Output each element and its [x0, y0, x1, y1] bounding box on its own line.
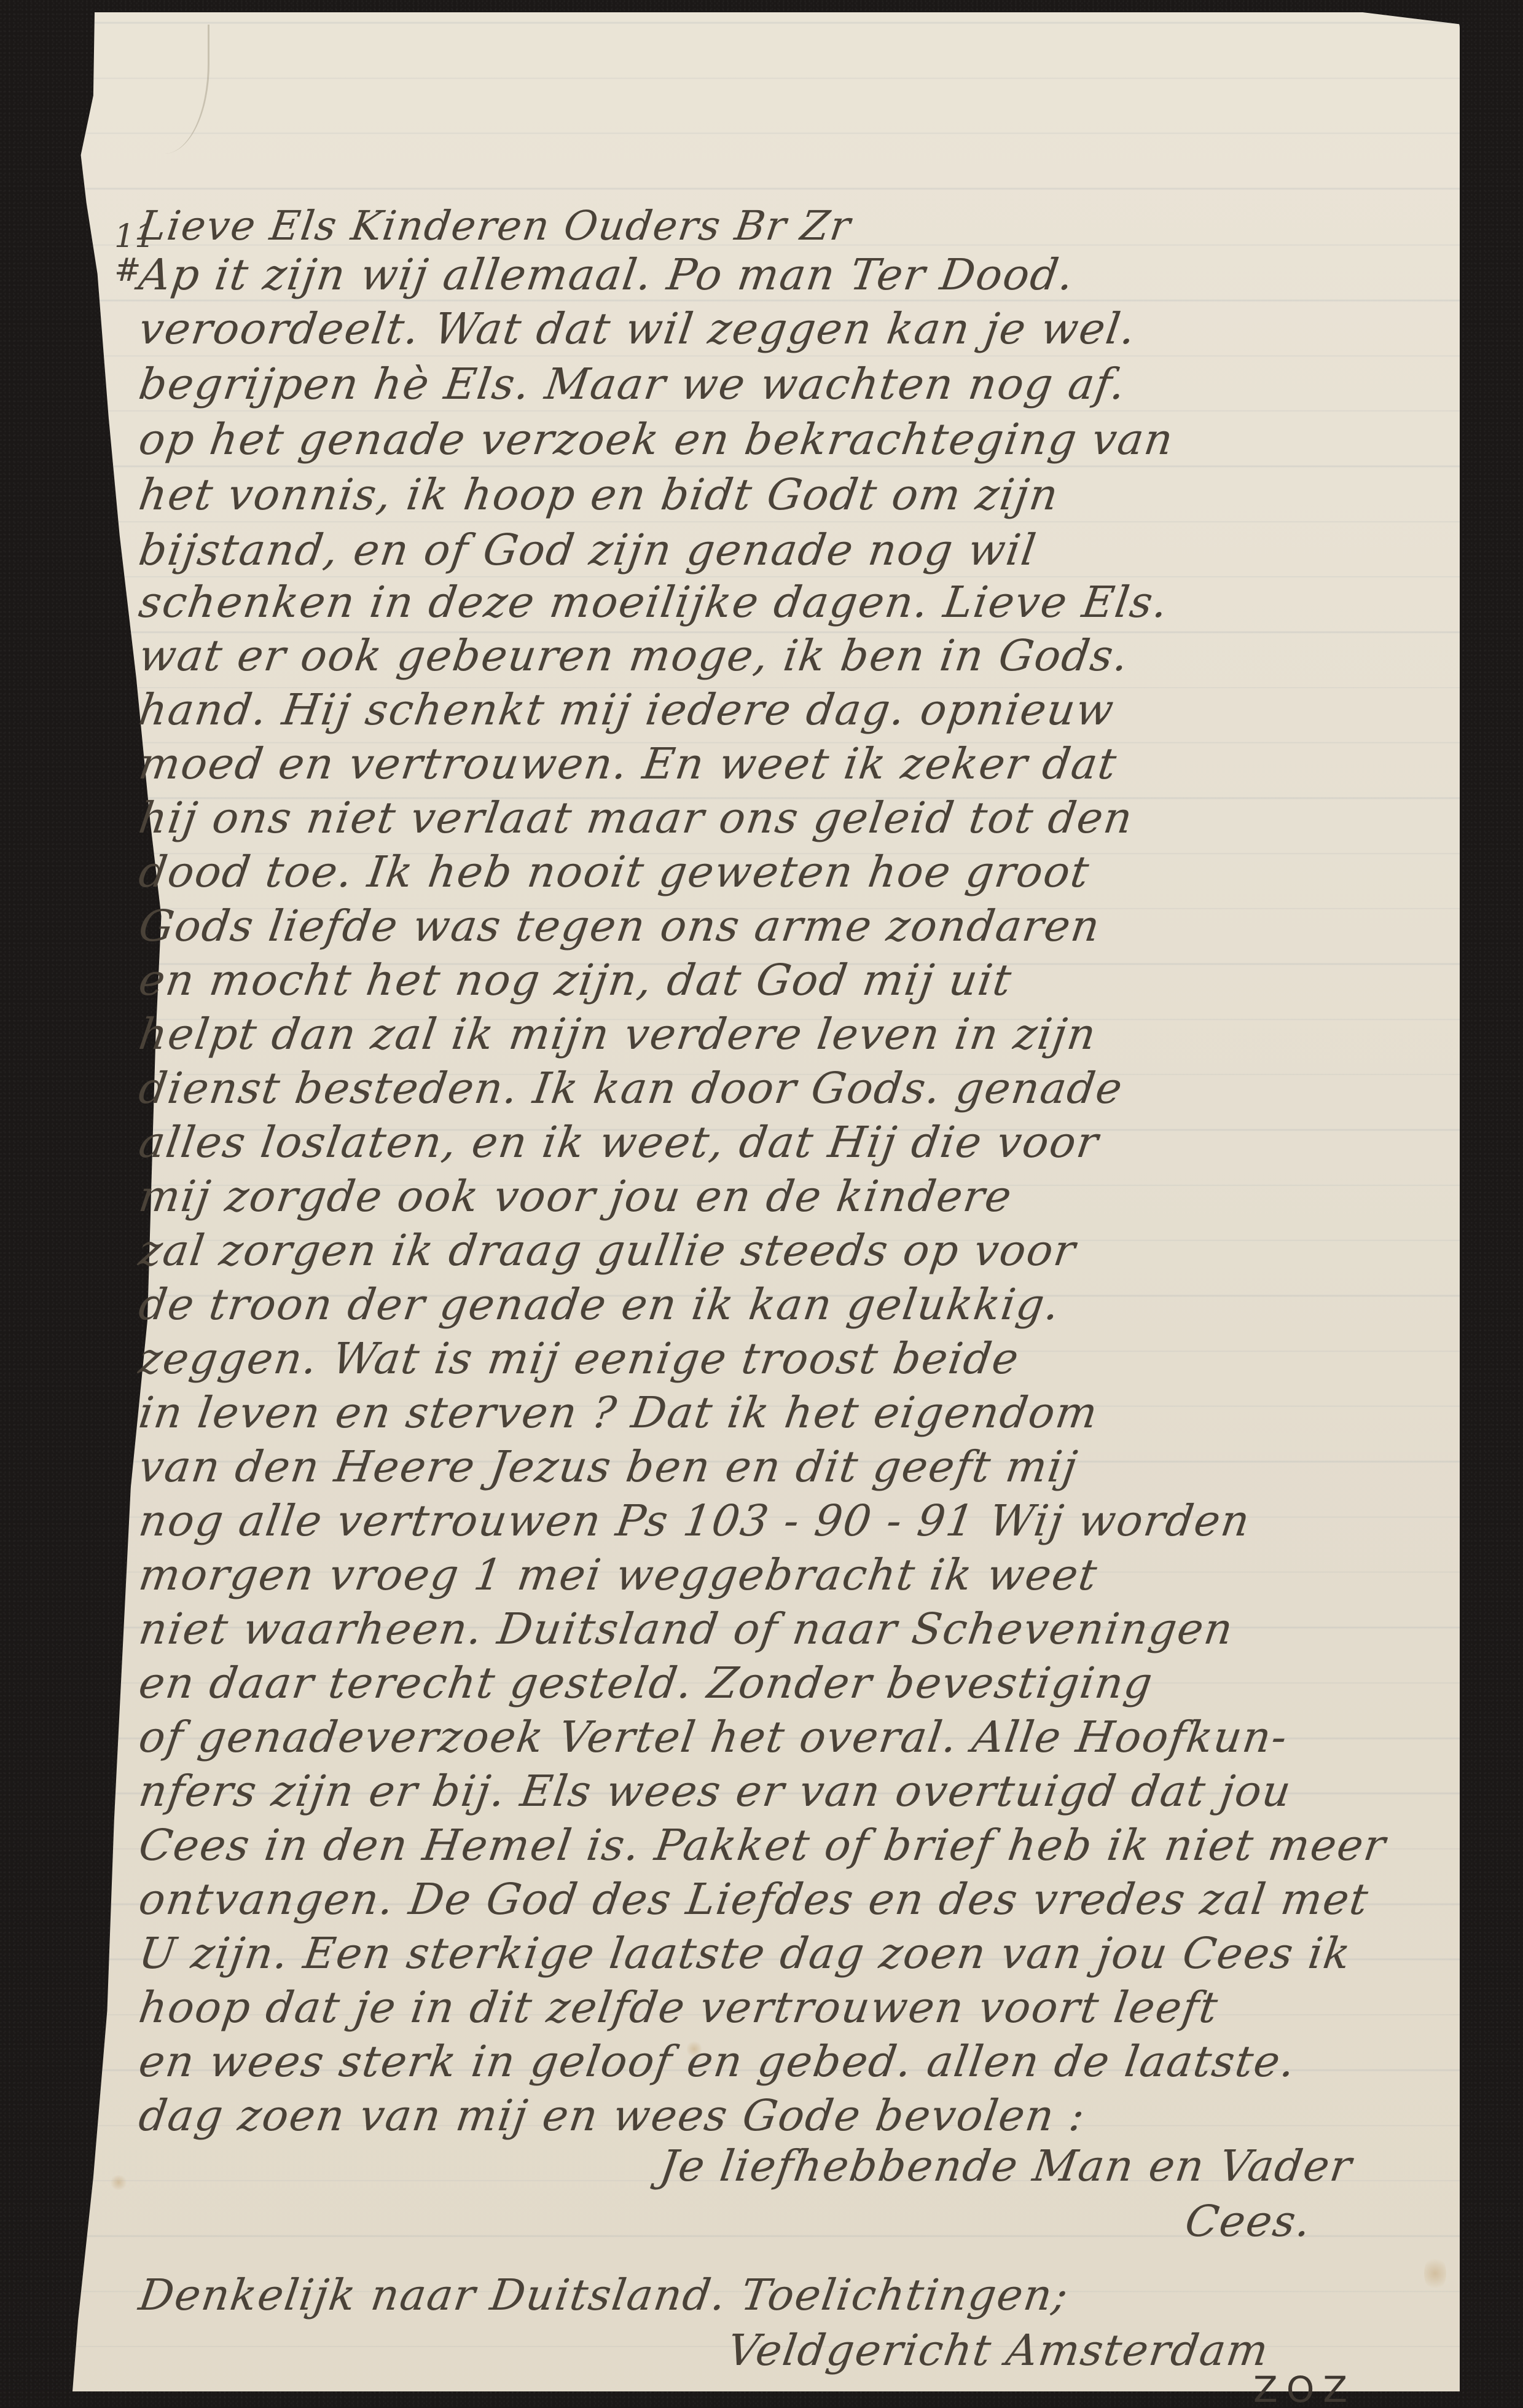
- folded-corner-crease: [165, 25, 209, 154]
- body-line: niet waarheen. Duitsland of naar Scheven…: [136, 1607, 1236, 1650]
- body-line: dag zoen van mij en wees Gode bevolen :: [136, 2094, 1088, 2137]
- body-line: het vonnis, ik hoop en bidt Godt om zijn: [136, 473, 1062, 516]
- body-line: wat er ook gebeuren moge, ik ben in Gods…: [136, 634, 1132, 677]
- body-line: Gods liefde was tegen ons arme zondaren: [136, 904, 1103, 947]
- body-line: Ap it zijn wij allemaal. Po man Ter Dood…: [136, 253, 1077, 296]
- foxing-stain: [1424, 2255, 1446, 2292]
- body-line: en wees sterk in geloof en gebed. allen …: [136, 2040, 1299, 2083]
- body-line: van den Heere Jezus ben en dit geeft mij: [136, 1445, 1081, 1488]
- body-line: Cees in den Hemel is. Pakket of brief he…: [136, 1824, 1389, 1867]
- closing-line: Je liefhebbende Man en Vader: [657, 2144, 1355, 2187]
- body-line: schenken in deze moeilijke dagen. Lieve …: [136, 581, 1172, 624]
- body-line: dood toe. Ik heb nooit geweten hoe groot: [136, 850, 1092, 893]
- salutation: Lieve Els Kinderen Ouders Br Zr: [136, 206, 854, 246]
- body-line: mij zorgde ook voor jou en de kindere: [136, 1175, 1015, 1218]
- body-line: en daar terecht gesteld. Zonder bevestig…: [136, 1661, 1156, 1704]
- body-line: nog alle vertrouwen Ps 103 - 90 - 91 Wij…: [136, 1499, 1253, 1542]
- body-line: moed en vertrouwen. En weet ik zeker dat: [136, 742, 1120, 785]
- body-line: U zijn. Een sterkige laatste dag zoen va…: [136, 1932, 1354, 1975]
- foxing-stain: [109, 2175, 128, 2190]
- body-line: hij ons niet verlaat maar ons geleid tot…: [136, 796, 1136, 839]
- body-line: op het genade verzoek en bekrachteging v…: [136, 418, 1177, 461]
- body-line: zeggen. Wat is mij eenige troost beide: [136, 1337, 1022, 1380]
- body-line: begrijpen hè Els. Maar we wachten nog af…: [136, 363, 1129, 406]
- body-line: hoop dat je in dit zelfde vertrouwen voo…: [136, 1986, 1221, 2029]
- body-line: in leven en sterven ? Dat ik het eigendo…: [136, 1391, 1101, 1434]
- postscript-line: Denkelijk naar Duitsland. Toelichtingen;: [136, 2273, 1071, 2316]
- body-line: morgen vroeg 1 mei weggebracht ik weet: [136, 1553, 1100, 1596]
- body-line: bijstand, en of God zijn genade nog wil: [136, 528, 1039, 571]
- body-line: de troon der genade en ik kan gelukkig.: [136, 1283, 1063, 1326]
- postscript-line: Veldgericht Amsterdam: [725, 2329, 1272, 2372]
- body-line: zal zorgen ik draag gullie steeds op voo…: [136, 1229, 1079, 1272]
- body-line: dienst besteden. Ik kan door Gods. genad…: [136, 1067, 1126, 1110]
- body-line: veroordeelt. Wat dat wil zeggen kan je w…: [136, 307, 1139, 350]
- body-line: hand. Hij schenkt mij iedere dag. opnieu…: [136, 688, 1118, 731]
- body-line: helpt dan zal ik mijn verdere leven in z…: [136, 1013, 1100, 1056]
- body-line: nfers zijn er bij. Els wees er van overt…: [136, 1770, 1294, 1813]
- body-line: alles loslaten, en ik weet, dat Hij die …: [136, 1121, 1102, 1164]
- signature: Cees.: [1183, 2200, 1314, 2243]
- body-line: ontvangen. De God des Liefdes en des vre…: [136, 1878, 1372, 1921]
- page-turn-mark: ZOZ: [1253, 2369, 1356, 2408]
- margin-mark-hash: #: [114, 252, 141, 289]
- body-line: en mocht het nog zijn, dat God mij uit: [136, 959, 1015, 1002]
- body-line: of genadeverzoek Vertel het overal. Alle…: [136, 1716, 1291, 1759]
